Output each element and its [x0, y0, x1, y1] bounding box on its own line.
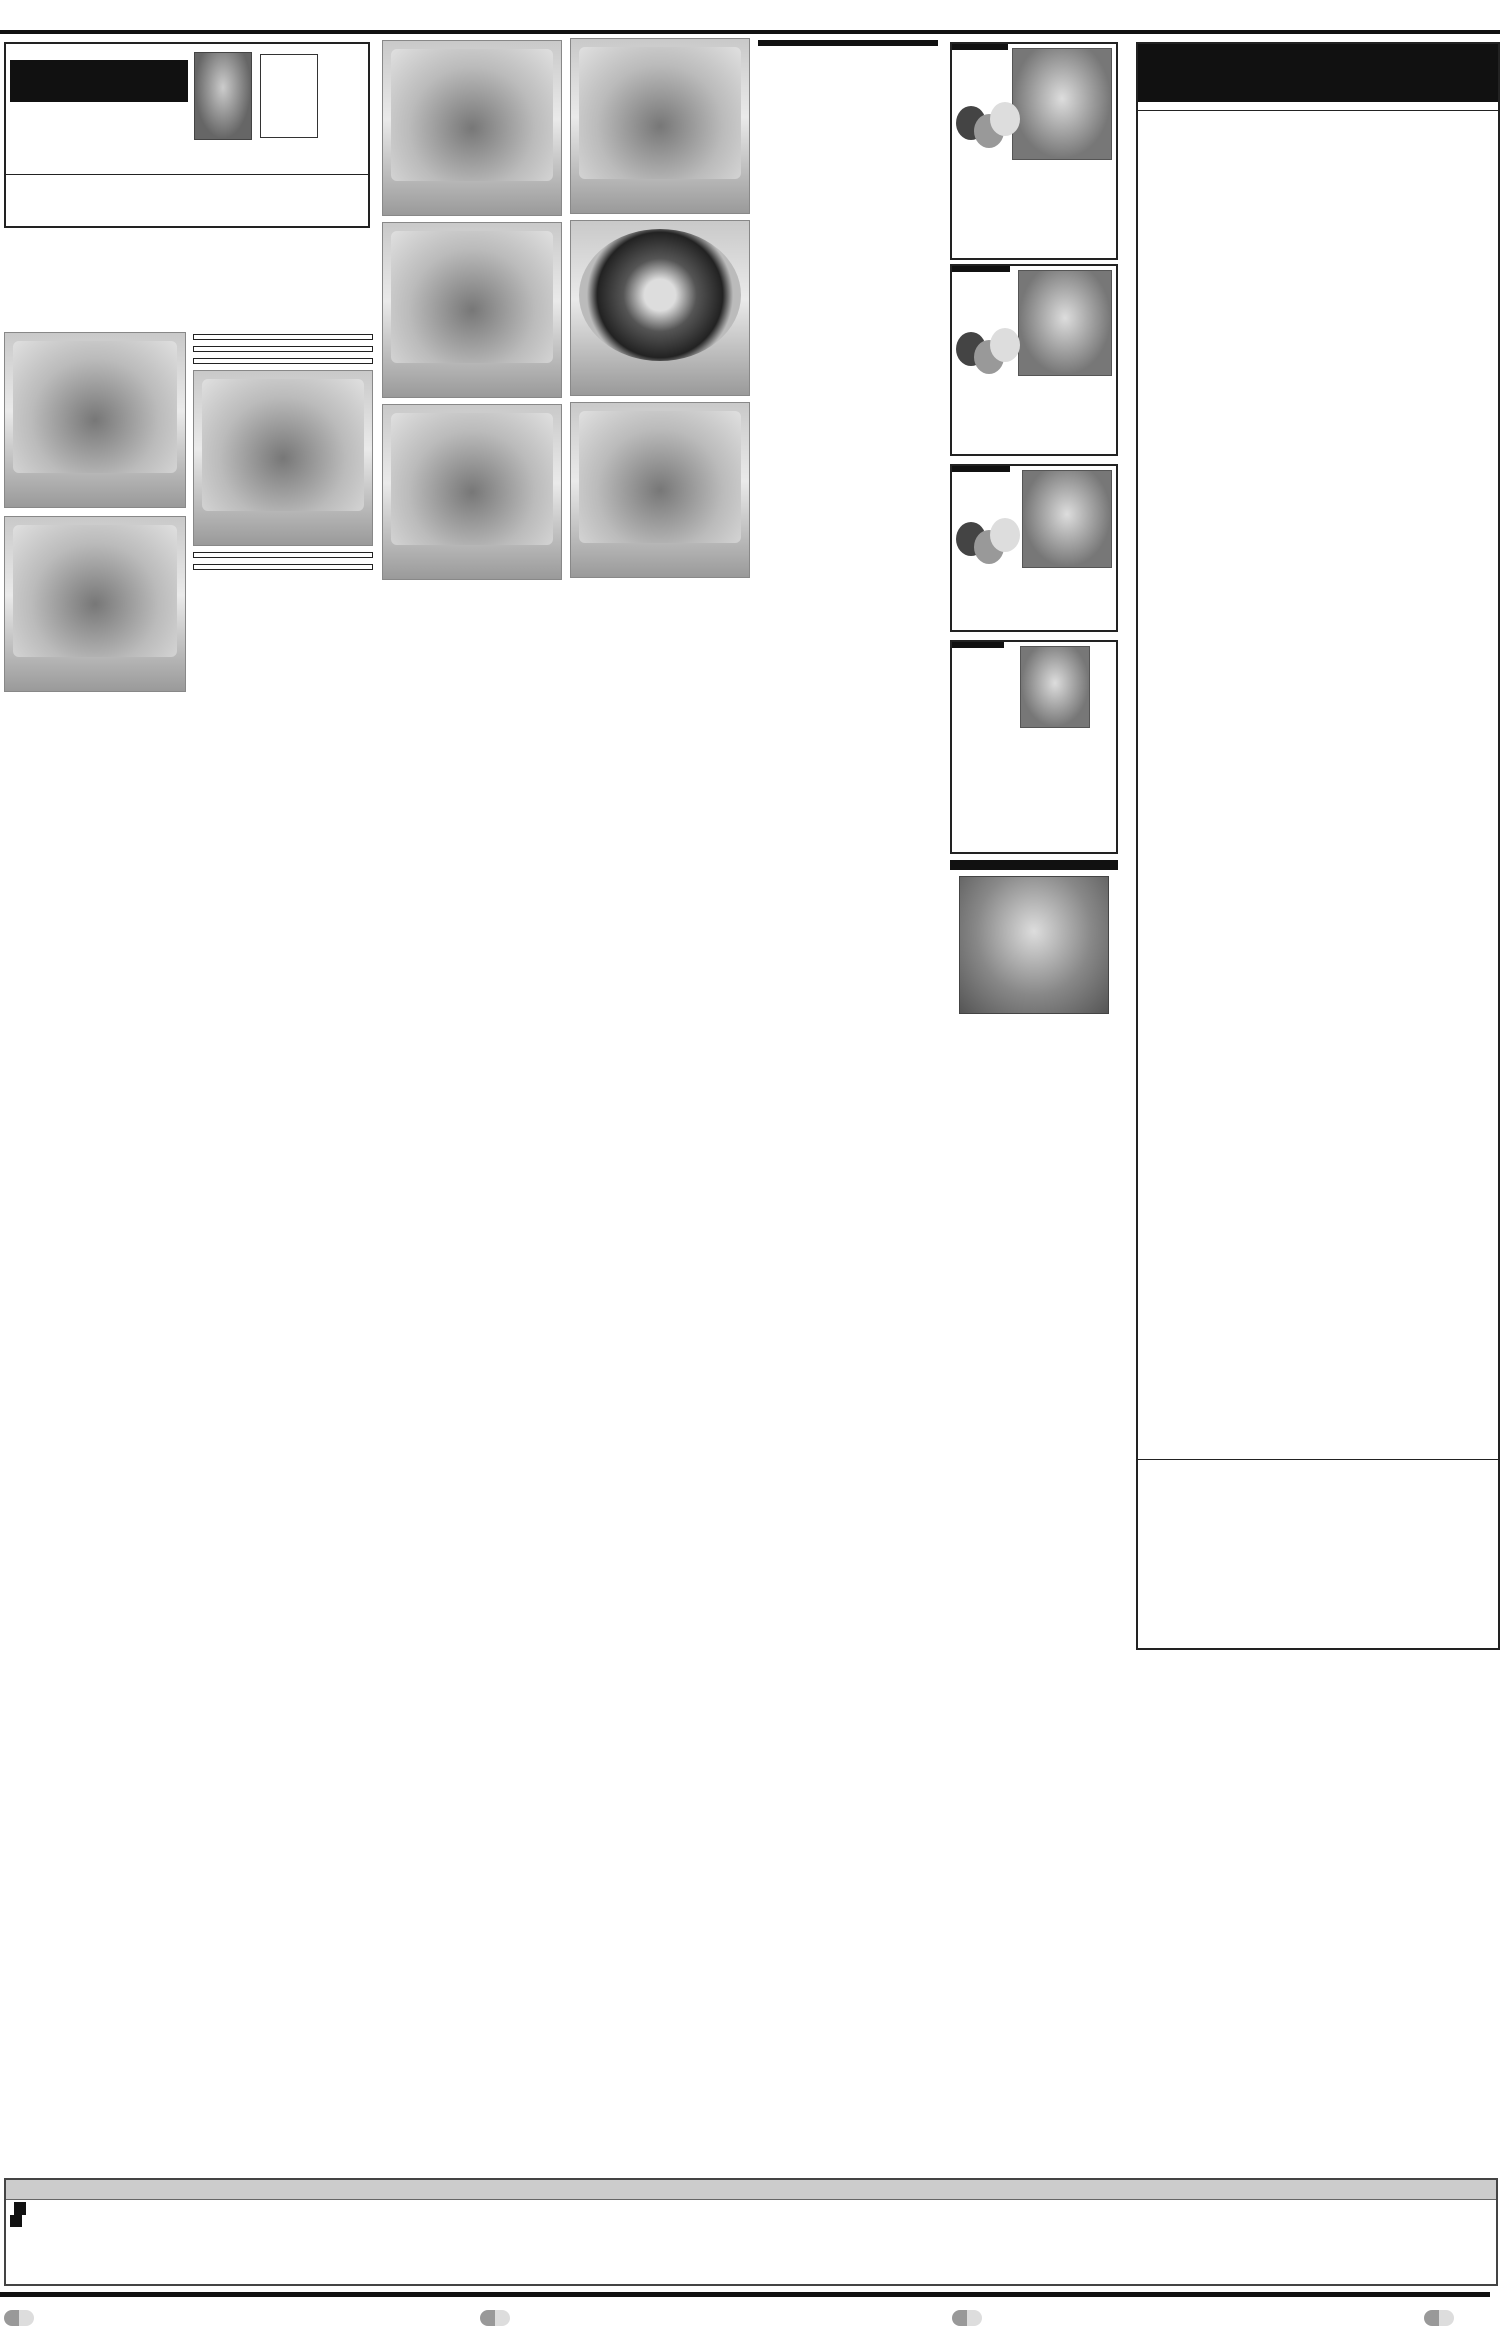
panjika-almanac: [1138, 1459, 1498, 1468]
reader-notice: [193, 564, 373, 570]
wish-prince: [950, 42, 1118, 260]
building-image: [202, 379, 364, 511]
column-travel-health: [382, 38, 562, 2172]
child-photo: [1022, 470, 1112, 568]
horoscope-author: [1138, 102, 1498, 111]
zodiac-sign-list: [1138, 111, 1498, 1459]
classified-ad: [193, 552, 373, 558]
to-let-ads: [193, 552, 373, 558]
column-automobile-realestate: [4, 332, 186, 2172]
horoscope-title: [1138, 44, 1498, 102]
city-tag-puri: [10, 2215, 22, 2228]
zodiac-wheel-image: [579, 229, 741, 361]
wish-tag: [952, 44, 1008, 50]
to-let-banner: [193, 370, 373, 546]
footer-contacts-line: [6, 2215, 1496, 2228]
health-care-banner: [382, 404, 562, 580]
classified-logo: [4, 236, 368, 322]
wish-dibyanshee: [950, 264, 1118, 456]
wish-tag: [952, 642, 1004, 648]
classified-ad: [193, 346, 373, 352]
horoscope-panel: [1136, 42, 1500, 1650]
child-photo: [1012, 48, 1112, 160]
city-tag-cuttack: [14, 2202, 26, 2215]
footer-contacts-line: [6, 2202, 1496, 2215]
registration-mark: [480, 2310, 510, 2326]
bus-image: [391, 49, 553, 181]
wish-tag: [952, 266, 1010, 272]
affidavit-heading: [758, 40, 938, 46]
car-bike-image: [13, 341, 177, 473]
wish-sasmita: [950, 640, 1118, 854]
column-plots-tolet: [193, 334, 373, 2172]
column-business-astro-loan: [570, 38, 750, 2172]
wish-tag: [952, 466, 1010, 472]
business-banner: [570, 38, 750, 214]
house-image: [13, 525, 177, 657]
truck-image: [391, 231, 553, 363]
coupon-terms: [6, 174, 368, 226]
bottom-rule: [0, 2292, 1490, 2297]
packers-banner: [382, 222, 562, 398]
tours-banner: [382, 40, 562, 216]
registration-mark: [1424, 2310, 1454, 2326]
missing-person-photo: [959, 876, 1109, 1014]
photo-placeholder-box: [260, 54, 318, 138]
sample-child-photo: [194, 52, 252, 140]
plot-ads: [193, 334, 373, 364]
masthead-rule: [0, 30, 1500, 34]
real-estate-banner: [4, 516, 186, 692]
footer-header-row: [6, 2180, 1496, 2200]
wife-murder-story: [950, 1842, 1500, 1854]
registration-mark: [4, 2310, 34, 2326]
automobile-banner: [4, 332, 186, 508]
stethoscope-image: [391, 413, 553, 545]
laptop-briefcase-image: [579, 47, 741, 179]
column-wishes: [950, 42, 1118, 1832]
classified-ad: [193, 334, 373, 340]
registration-mark: [952, 2310, 982, 2326]
child-photo: [1018, 270, 1112, 376]
person-photo: [1020, 646, 1090, 728]
column-finance-affidavit: [758, 38, 938, 2172]
missing-heading: [950, 860, 1118, 870]
coupon-title: [10, 60, 188, 102]
astrology-banner: [570, 220, 750, 396]
doorstep-booking-band: [4, 2178, 1498, 2286]
birthday-coupon: [4, 42, 370, 228]
masthead: [0, 0, 1500, 32]
wish-silpishine: [950, 464, 1118, 632]
loan-banner: [570, 402, 750, 578]
classified-ad: [193, 358, 373, 364]
currency-notes-image: [579, 411, 741, 543]
